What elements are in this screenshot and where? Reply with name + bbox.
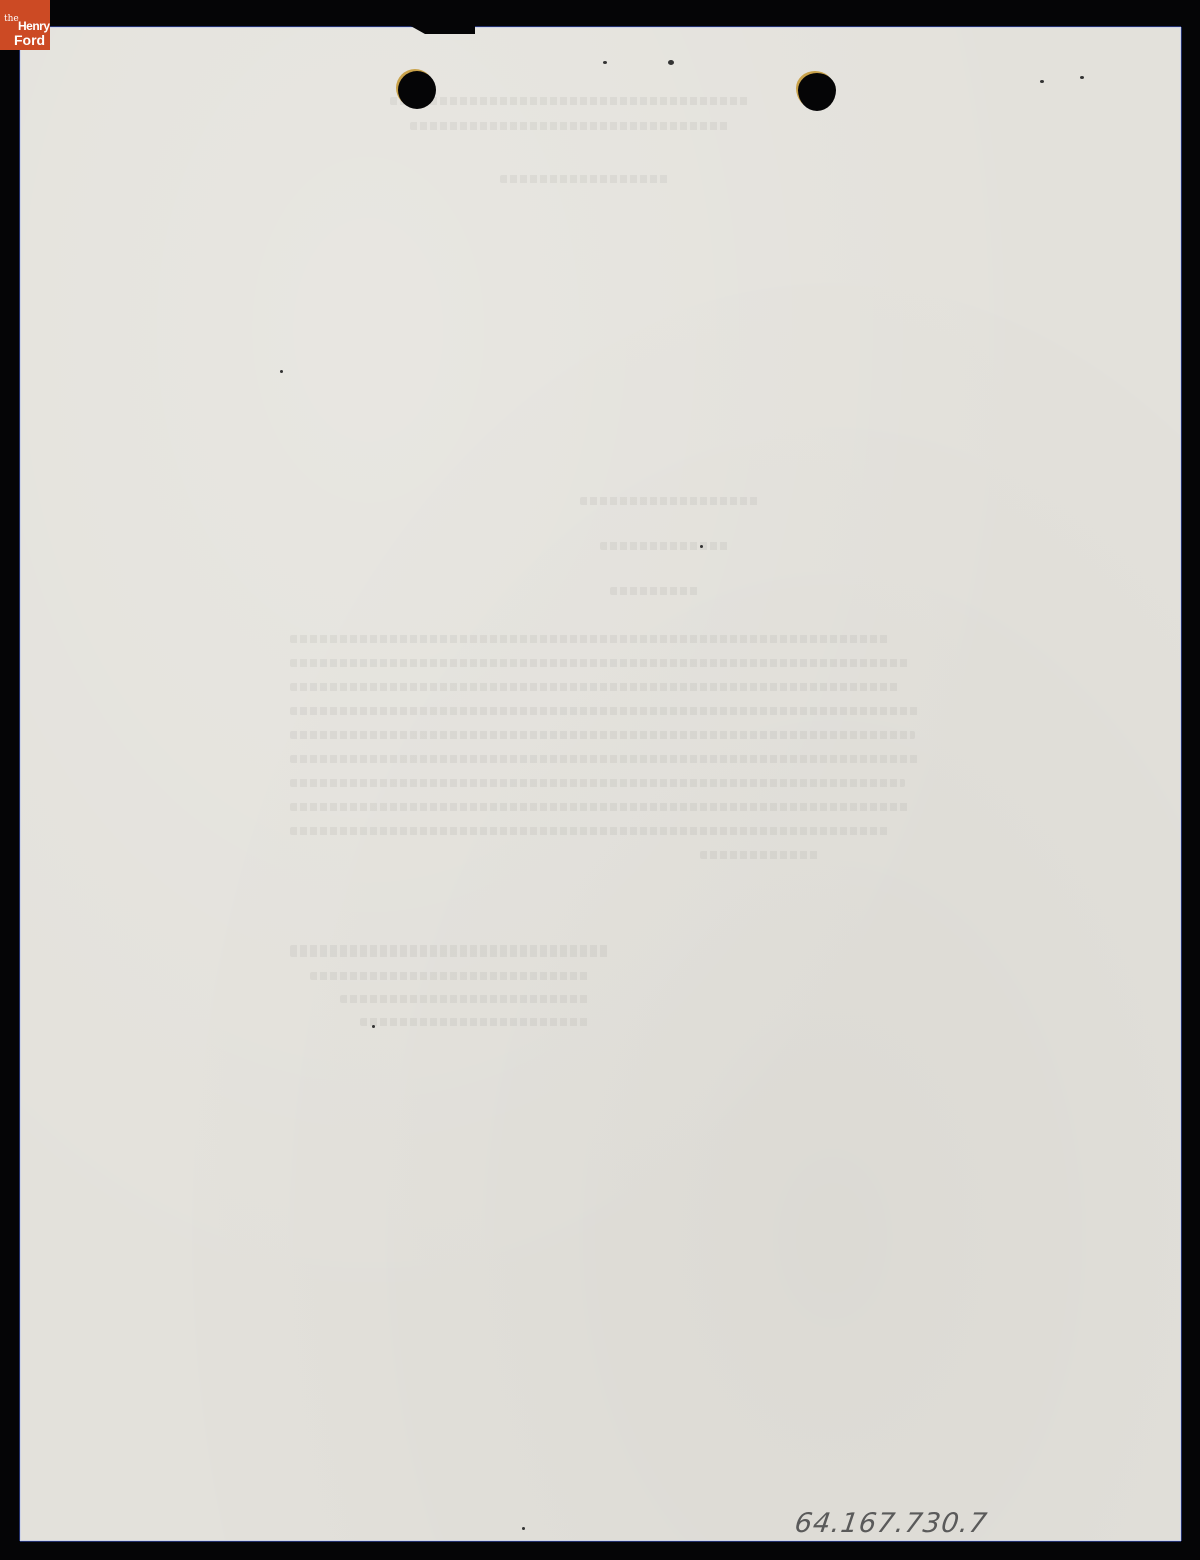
- show-through-signature: [290, 945, 610, 957]
- paper-speck: [522, 1527, 525, 1530]
- show-through-line: [700, 851, 820, 859]
- paper-speck: [372, 1025, 375, 1028]
- paper-speck: [1040, 80, 1044, 83]
- show-through-line: [340, 995, 590, 1003]
- show-through-line: [290, 659, 910, 667]
- paper-speck: [280, 370, 283, 373]
- logo-ford: Ford: [14, 33, 45, 47]
- show-through-line: [610, 587, 700, 595]
- show-through-line: [360, 1018, 590, 1026]
- document-page: [20, 27, 1181, 1541]
- torn-notch: [400, 20, 475, 34]
- show-through-line: [290, 707, 920, 715]
- paper-speck: [668, 60, 674, 65]
- show-through-header-line: [390, 97, 750, 105]
- show-through-header-line: [410, 122, 730, 130]
- paper-speck: [700, 545, 703, 548]
- accession-number: 64.167.730.7: [793, 1508, 990, 1539]
- show-through-line: [290, 803, 910, 811]
- show-through-line: [310, 972, 590, 980]
- paper-speck: [603, 61, 607, 64]
- logo-henry: Henry: [18, 20, 50, 32]
- show-through-line: [290, 827, 890, 835]
- show-through-line: [290, 755, 920, 763]
- show-through-line: [290, 779, 905, 787]
- punch-hole-left: [398, 71, 436, 109]
- show-through-line: [290, 683, 900, 691]
- show-through-line: [580, 497, 760, 505]
- show-through-line: [290, 635, 890, 643]
- show-through-line: [600, 542, 730, 550]
- paper-speck: [1080, 76, 1084, 79]
- henry-ford-logo: the Henry Ford: [0, 0, 50, 50]
- show-through-line: [290, 731, 915, 739]
- logo-the: the: [4, 15, 19, 24]
- show-through-header-line: [500, 175, 670, 183]
